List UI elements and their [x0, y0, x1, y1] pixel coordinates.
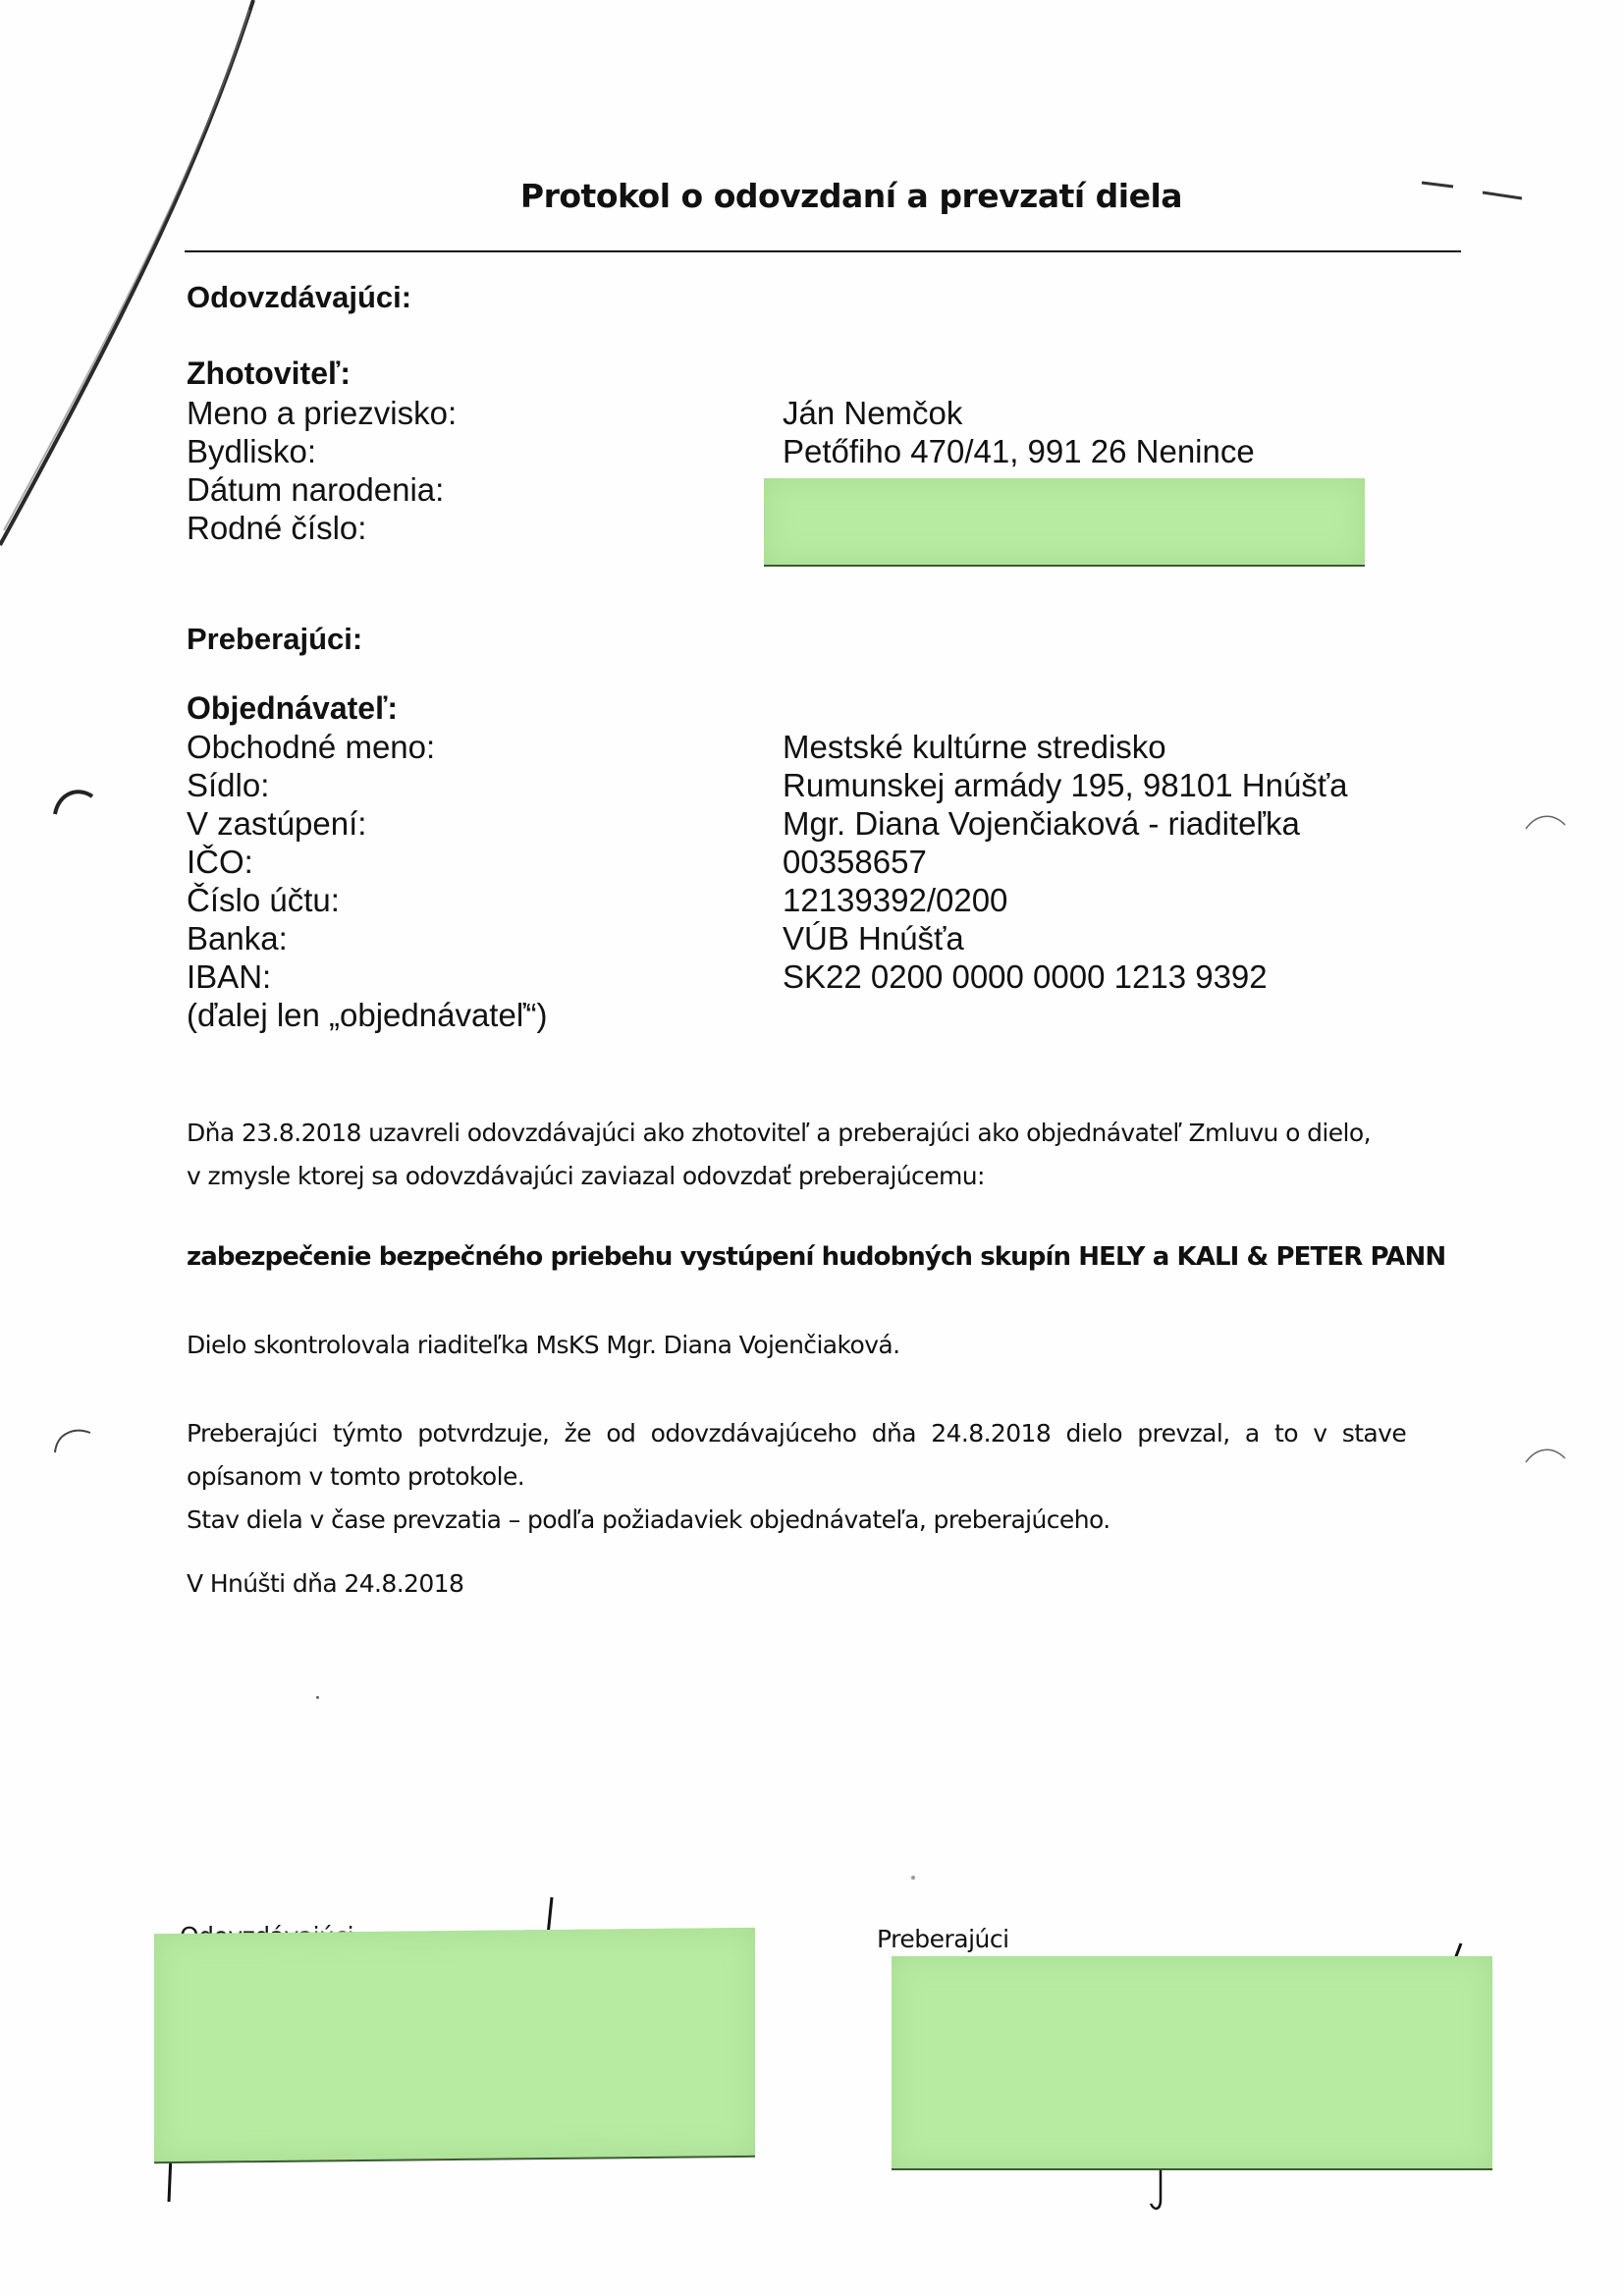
receiver-heading: Preberajúci:: [187, 622, 362, 657]
confirmation-paragraph: Preberajúci týmto potvrdzuje, že od odov…: [187, 1412, 1463, 1542]
punch-hole-mark: [1522, 1439, 1571, 1468]
speck: [911, 1876, 915, 1880]
field-row-bank: Banka: VÚB Hnúšťa: [187, 919, 1348, 957]
field-row-address: Bydlisko: Petőfiho 470/41, 991 26 Neninc…: [187, 432, 1255, 470]
field-label: Banka:: [187, 919, 783, 957]
field-row-name: Meno a priezvisko: Ján Nemčok: [187, 394, 1255, 432]
field-label: Sídlo:: [187, 766, 783, 804]
signature-label-receiver: Preberajúci: [877, 1925, 1009, 1953]
field-value: Ján Nemčok: [783, 394, 962, 432]
contract-paragraph: Dňa 23.8.2018 uzavreli odovzdávajúci ako…: [187, 1112, 1463, 1198]
speck: [316, 1696, 319, 1699]
inspection-note: Dielo skontrolovala riaditeľka MsKS Mgr.…: [187, 1331, 1463, 1359]
field-label: Obchodné meno:: [187, 728, 783, 766]
field-value: Mgr. Diana Vojenčiaková - riaditeľka: [783, 804, 1300, 843]
field-row-seat: Sídlo: Rumunskej armády 195, 98101 Hnúšť…: [187, 766, 1348, 804]
field-value: 12139392/0200: [783, 881, 1007, 919]
contract-paragraph-line: Dňa 23.8.2018 uzavreli odovzdávajúci ako…: [187, 1112, 1463, 1155]
field-value: SK22 0200 0000 0000 1213 9392: [783, 957, 1268, 996]
client-fields: Obchodné meno: Mestské kultúrne stredisk…: [187, 728, 1348, 1034]
field-row-alias: (ďalej len „objednávateľ“): [187, 996, 1348, 1034]
punch-hole-mark: [47, 1419, 96, 1458]
field-value: Petőfiho 470/41, 991 26 Nenince: [783, 432, 1255, 470]
field-label: V zastúpení:: [187, 804, 783, 843]
scanned-page: Protokol o odovzdaní a prevzatí diela Od…: [0, 0, 1624, 2296]
field-label: IČO:: [187, 843, 783, 881]
punch-hole-mark: [49, 781, 98, 820]
place-and-date: V Hnúšti dňa 24.8.2018: [187, 1569, 1463, 1598]
document-title: Protokol o odovzdaní a prevzatí diela: [0, 177, 1624, 215]
field-value: VÚB Hnúšťa: [783, 919, 964, 957]
field-label: Rodné číslo:: [187, 509, 783, 547]
title-divider: [185, 250, 1461, 252]
contract-paragraph-line: v zmysle ktorej sa odovzdávajúci zaviaza…: [187, 1155, 1463, 1198]
field-label: Číslo účtu:: [187, 881, 783, 919]
field-value: Rumunskej armády 195, 98101 Hnúšťa: [783, 766, 1348, 804]
field-row-company: Obchodné meno: Mestské kultúrne stredisk…: [187, 728, 1348, 766]
client-heading: Objednávateľ:: [187, 690, 398, 727]
field-row-representative: V zastúpení: Mgr. Diana Vojenčiaková - r…: [187, 804, 1348, 843]
field-row-ico: IČO: 00358657: [187, 843, 1348, 881]
field-label: (ďalej len „objednávateľ“): [187, 996, 547, 1034]
contractor-heading: Zhotoviteľ:: [187, 355, 351, 392]
field-label: Dátum narodenia:: [187, 470, 783, 509]
field-row-iban: IBAN: SK22 0200 0000 0000 1213 9392: [187, 957, 1348, 996]
signature-stroke: [1139, 2160, 1178, 2219]
field-value: 00358657: [783, 843, 927, 881]
field-row-account: Číslo účtu: 12139392/0200: [187, 881, 1348, 919]
field-label: IBAN:: [187, 957, 783, 996]
field-value: Mestské kultúrne stredisko: [783, 728, 1166, 766]
confirmation-line: opísanom v tomto protokole.: [187, 1455, 1463, 1499]
field-label: Meno a priezvisko:: [187, 394, 783, 432]
condition-line: Stav diela v čase prevzatia – podľa poži…: [187, 1499, 1463, 1542]
confirmation-line: Preberajúci týmto potvrdzuje, že od odov…: [187, 1412, 1463, 1455]
redaction-sticker-right: [892, 1956, 1492, 2168]
punch-hole-mark: [1522, 805, 1571, 835]
work-description: zabezpečenie bezpečného priebehu vystúpe…: [187, 1242, 1463, 1272]
handover-heading: Odovzdávajúci:: [187, 280, 411, 315]
field-label: Bydlisko:: [187, 432, 783, 470]
redaction-sticker: [764, 478, 1365, 565]
redaction-sticker-left: [154, 1928, 755, 2161]
